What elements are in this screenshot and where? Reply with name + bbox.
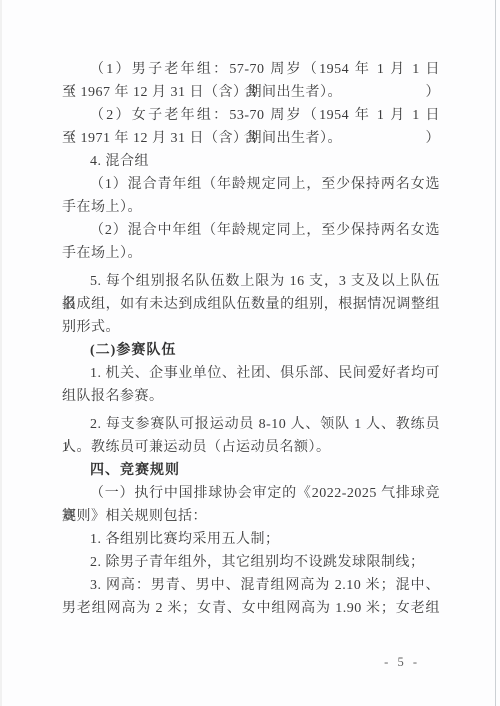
text-line: 手在场上）。 [62, 242, 440, 265]
text-line: 男老组网高为 2 米；女青、女中组网高为 1.90 米；女老组 [62, 597, 440, 620]
section-heading: 四、竞赛规则 [62, 459, 440, 482]
text-line: (二)参赛队伍 [62, 339, 440, 362]
page-number: - 5 - [384, 654, 420, 670]
text-line: （1）混合青年组（年龄规定同上，至少保持两名女选 [62, 173, 440, 196]
paragraph: 3. 网高：男青、男中、混青组网高为 2.10 米；混中、男老组网高为 2 米；… [62, 574, 440, 620]
text-line: 人。教练员可兼运动员（占运动员名额）。 [62, 436, 440, 459]
paragraph: （1）混合青年组（年龄规定同上，至少保持两名女选手在场上）。 [62, 173, 440, 219]
paragraph: 1. 机关、企事业单位、社团、俱乐部、民间爱好者均可组队报名参赛。 [62, 362, 440, 408]
text-line: 3. 网高：男青、男中、混青组网高为 2.10 米；混中、 [62, 574, 440, 597]
paragraph: （2）女子老年组：53-70 周岁（1954 年 1 月 1 日（含）至 197… [62, 104, 440, 150]
text-line: （一）执行中国排球协会审定的《2022-2025 气排球竞赛 [62, 482, 440, 505]
paragraph: （一）执行中国排球协会审定的《2022-2025 气排球竞赛规则》相关规则包括： [62, 482, 440, 528]
paragraph: （2）混合中年组（年龄规定同上，至少保持两名女选手在场上）。 [62, 219, 440, 265]
text-line: 1. 各组别比赛均采用五人制； [62, 528, 440, 551]
document-page: （1）男子老年组：57-70 周岁（1954 年 1 月 1 日（含）至 196… [0, 0, 500, 706]
section-heading: (二)参赛队伍 [62, 339, 440, 362]
text-line: 组队报名参赛。 [62, 385, 440, 408]
paragraph: 2. 每支参赛队可报运动员 8-10 人、领队 1 人、教练员 1人。教练员可兼… [62, 413, 440, 459]
text-line: （2）混合中年组（年龄规定同上，至少保持两名女选 [62, 219, 440, 242]
text-line: 四、竞赛规则 [62, 459, 440, 482]
text-line: 手在场上）。 [62, 196, 440, 219]
page-right-edge-line [495, 0, 496, 706]
page-left-edge-line [0, 0, 2, 706]
text-line: 名成组，如有未达到成组队伍数量的组别，根据情况调整组 [62, 293, 440, 316]
text-line: （2）女子老年组：53-70 周岁（1954 年 1 月 1 日（含） [62, 104, 440, 127]
text-line: 2. 除男子青年组外，其它组别均不设跳发球限制线； [62, 551, 440, 574]
paragraph: 2. 除男子青年组外，其它组别均不设跳发球限制线； [62, 551, 440, 574]
text-line: 5. 每个组别报名队伍数上限为 16 支，3 支及以上队伍报 [62, 270, 440, 293]
paragraph: 5. 每个组别报名队伍数上限为 16 支，3 支及以上队伍报名成组，如有未达到成… [62, 270, 440, 339]
text-line: 1. 机关、企事业单位、社团、俱乐部、民间爱好者均可 [62, 362, 440, 385]
text-line: （1）男子老年组：57-70 周岁（1954 年 1 月 1 日（含） [62, 58, 440, 81]
text-line: 2. 每支参赛队可报运动员 8-10 人、领队 1 人、教练员 1 [62, 413, 440, 436]
document-body: （1）男子老年组：57-70 周岁（1954 年 1 月 1 日（含）至 196… [62, 58, 440, 620]
text-line: 规则》相关规则包括： [62, 505, 440, 528]
text-line: 4. 混合组 [62, 150, 440, 173]
text-line: 别形式。 [62, 316, 440, 339]
paragraph: （1）男子老年组：57-70 周岁（1954 年 1 月 1 日（含）至 196… [62, 58, 440, 104]
paragraph: 1. 各组别比赛均采用五人制； [62, 528, 440, 551]
paragraph: 4. 混合组 [62, 150, 440, 173]
